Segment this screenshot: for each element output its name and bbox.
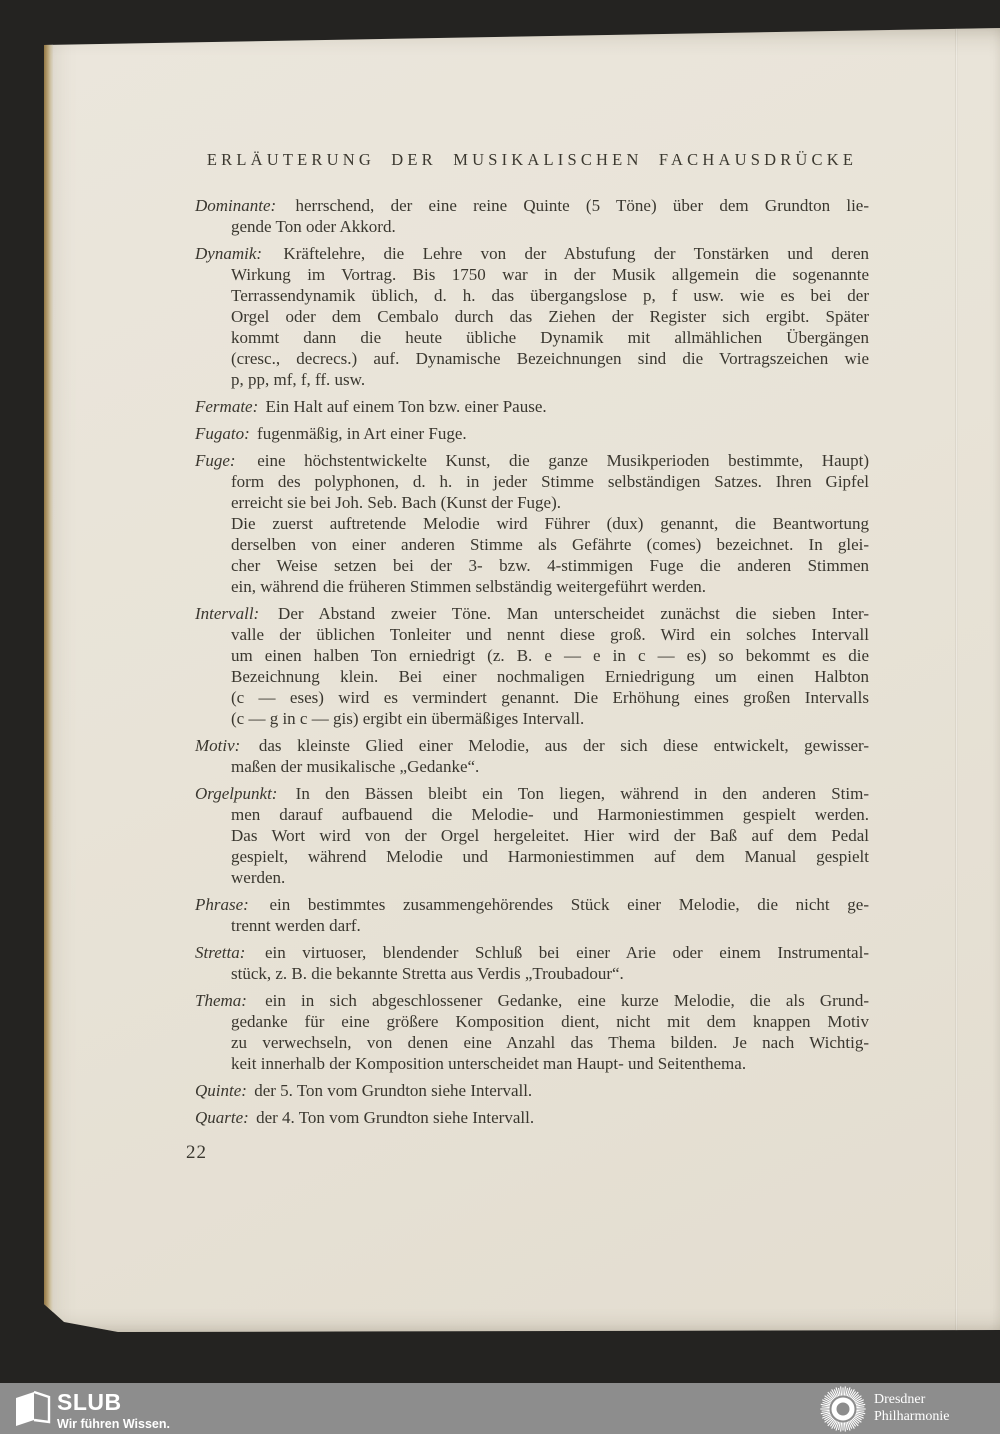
definition-term: Thema: [195, 991, 250, 1010]
definition-line: Das Wort wird von der Orgel hergeleitet.… [231, 825, 869, 846]
philharmonie-logo: Dresdner Philharmonie [742, 1383, 992, 1434]
starburst-icon [820, 1386, 866, 1434]
definition-line: (cresc., decrecs.) auf. Dynamische Bezei… [231, 348, 869, 369]
partner-name-line1: Dresdner [874, 1392, 925, 1407]
definition-term: Motiv: [195, 736, 243, 755]
page-crease [955, 28, 958, 1332]
definition-line: zu verwechseln, von denen eine Anzahl da… [231, 1032, 869, 1053]
partner-name-line2: Philharmonie [874, 1409, 949, 1424]
definition-line: Die zuerst auftretende Melodie wird Führ… [231, 513, 869, 534]
definition-entry: Orgelpunkt: In den Bässen bleibt ein Ton… [195, 783, 869, 888]
definition-term: Dynamik: [195, 244, 265, 263]
slub-wordmark: SLUB [57, 1389, 122, 1416]
definition-line: Wirkung im Vortrag. Bis 1750 war in der … [231, 264, 869, 285]
definition-term: Stretta: [195, 943, 248, 962]
scan-frame: ERLÄUTERUNG DER MUSIKALISCHEN FACHAUSDRÜ… [0, 0, 1000, 1434]
definition-line: Bezeichnung klein. Bei einer nochmaligen… [231, 666, 869, 687]
definition-line: cher Weise setzen bei der 3- bzw. 4-stim… [231, 555, 869, 576]
definition-line: gedanke für eine größere Komposition die… [231, 1011, 869, 1032]
definition-line: maßen der musikalische „Gedanke“. [231, 756, 869, 777]
definition-line: stück, z. B. die bekannte Stretta aus Ve… [231, 963, 869, 984]
definition-line: gende Ton oder Akkord. [231, 216, 869, 237]
definition-line: Stretta: ein virtuoser, blendender Schlu… [231, 942, 869, 963]
definition-line: Fermate: Ein Halt auf einem Ton bzw. ein… [231, 396, 869, 417]
definition-entry: Quinte: der 5. Ton vom Grundton siehe In… [195, 1080, 869, 1101]
page-number: 22 [186, 1142, 869, 1164]
definition-line: Fugato: fugenmäßig, in Art einer Fuge. [231, 423, 869, 444]
slub-logo: SLUB Wir führen Wissen. [13, 1387, 313, 1433]
definition-term: Quarte: [195, 1108, 252, 1127]
definition-term: Intervall: [195, 604, 262, 623]
definition-line: Orgel oder dem Cembalo durch das Ziehen … [231, 306, 869, 327]
definition-term: Orgelpunkt: [195, 784, 280, 803]
definition-line: ein, während die früheren Stimmen selbst… [231, 576, 869, 597]
definition-line: Phrase: ein bestimmtes zusammengehörende… [231, 894, 869, 915]
definition-term: Quinte: [195, 1081, 250, 1100]
definition-term: Dominante: [195, 196, 279, 215]
definition-line: men darauf aufbauend die Melodie- und Ha… [231, 804, 869, 825]
definition-line: keit innerhalb der Komposition untersche… [231, 1053, 869, 1074]
definition-line: Dynamik: Kräftelehre, die Lehre von der … [231, 243, 869, 264]
definition-term: Fugato: [195, 424, 253, 443]
definition-line: Thema: ein in sich abgeschlossener Gedan… [231, 990, 869, 1011]
definition-entry: Stretta: ein virtuoser, blendender Schlu… [195, 942, 869, 984]
page-text-column: ERLÄUTERUNG DER MUSIKALISCHEN FACHAUSDRÜ… [195, 150, 869, 1164]
definition-line: Intervall: Der Abstand zweier Töne. Man … [231, 603, 869, 624]
definition-line: erreicht sie bei Joh. Seb. Bach (Kunst d… [231, 492, 869, 513]
page-stack-edge [44, 43, 53, 1325]
definition-entry: Fuge: eine höchstentwickelte Kunst, die … [195, 450, 869, 597]
definition-entry: Dynamik: Kräftelehre, die Lehre von der … [195, 243, 869, 390]
definition-line: werden. [231, 867, 869, 888]
definition-line: form des polyphonen, d. h. in jeder Stim… [231, 471, 869, 492]
definition-term: Fuge: [195, 451, 239, 470]
definition-entry: Dominante: herrschend, der eine reine Qu… [195, 195, 869, 237]
definition-entry: Thema: ein in sich abgeschlossener Gedan… [195, 990, 869, 1074]
definition-entry: Quarte: der 4. Ton vom Grundton siehe In… [195, 1107, 869, 1128]
definition-line: derselben von einer anderen Stimme als G… [231, 534, 869, 555]
definition-line: p, pp, mf, f, ff. usw. [231, 369, 869, 390]
definition-entry: Fermate: Ein Halt auf einem Ton bzw. ein… [195, 396, 869, 417]
definition-line: Fuge: eine höchstentwickelte Kunst, die … [231, 450, 869, 471]
definition-entry: Fugato: fugenmäßig, in Art einer Fuge. [195, 423, 869, 444]
definition-line: valle der üblichen Tonleiter und nennt d… [231, 624, 869, 645]
definition-term: Phrase: [195, 895, 252, 914]
definition-term: Fermate: [195, 397, 261, 416]
scan-page: ERLÄUTERUNG DER MUSIKALISCHEN FACHAUSDRÜ… [44, 28, 1000, 1332]
book-icon [13, 1389, 51, 1432]
page-heading: ERLÄUTERUNG DER MUSIKALISCHEN FACHAUSDRÜ… [195, 150, 869, 170]
footer-bar: SLUB Wir führen Wissen. Dresdner Philhar… [0, 1383, 1000, 1434]
definition-line: kommt dann die heute übliche Dynamik mit… [231, 327, 869, 348]
definition-line: (c — g in c — gis) ergibt ein übermäßige… [231, 708, 869, 729]
definition-line: Dominante: herrschend, der eine reine Qu… [231, 195, 869, 216]
definition-entry: Phrase: ein bestimmtes zusammengehörende… [195, 894, 869, 936]
definition-line: trennt werden darf. [231, 915, 869, 936]
definition-entry: Intervall: Der Abstand zweier Töne. Man … [195, 603, 869, 729]
definition-line: Quarte: der 4. Ton vom Grundton siehe In… [231, 1107, 869, 1128]
definition-line: Orgelpunkt: In den Bässen bleibt ein Ton… [231, 783, 869, 804]
partner-name: Dresdner Philharmonie [874, 1391, 949, 1425]
definition-line: (c — eses) wird es vermindert genannt. D… [231, 687, 869, 708]
definition-line: Terrassendynamik üblich, d. h. das überg… [231, 285, 869, 306]
definition-entry: Motiv: das kleinste Glied einer Melodie,… [195, 735, 869, 777]
definition-line: Quinte: der 5. Ton vom Grundton siehe In… [231, 1080, 869, 1101]
definition-line: Motiv: das kleinste Glied einer Melodie,… [231, 735, 869, 756]
definition-line: um einen halben Ton erniedrigt (z. B. e … [231, 645, 869, 666]
slub-tagline: Wir führen Wissen. [57, 1417, 170, 1431]
definition-line: gespielt, während Melodie und Harmoniest… [231, 846, 869, 867]
definition-list: Dominante: herrschend, der eine reine Qu… [195, 195, 869, 1128]
